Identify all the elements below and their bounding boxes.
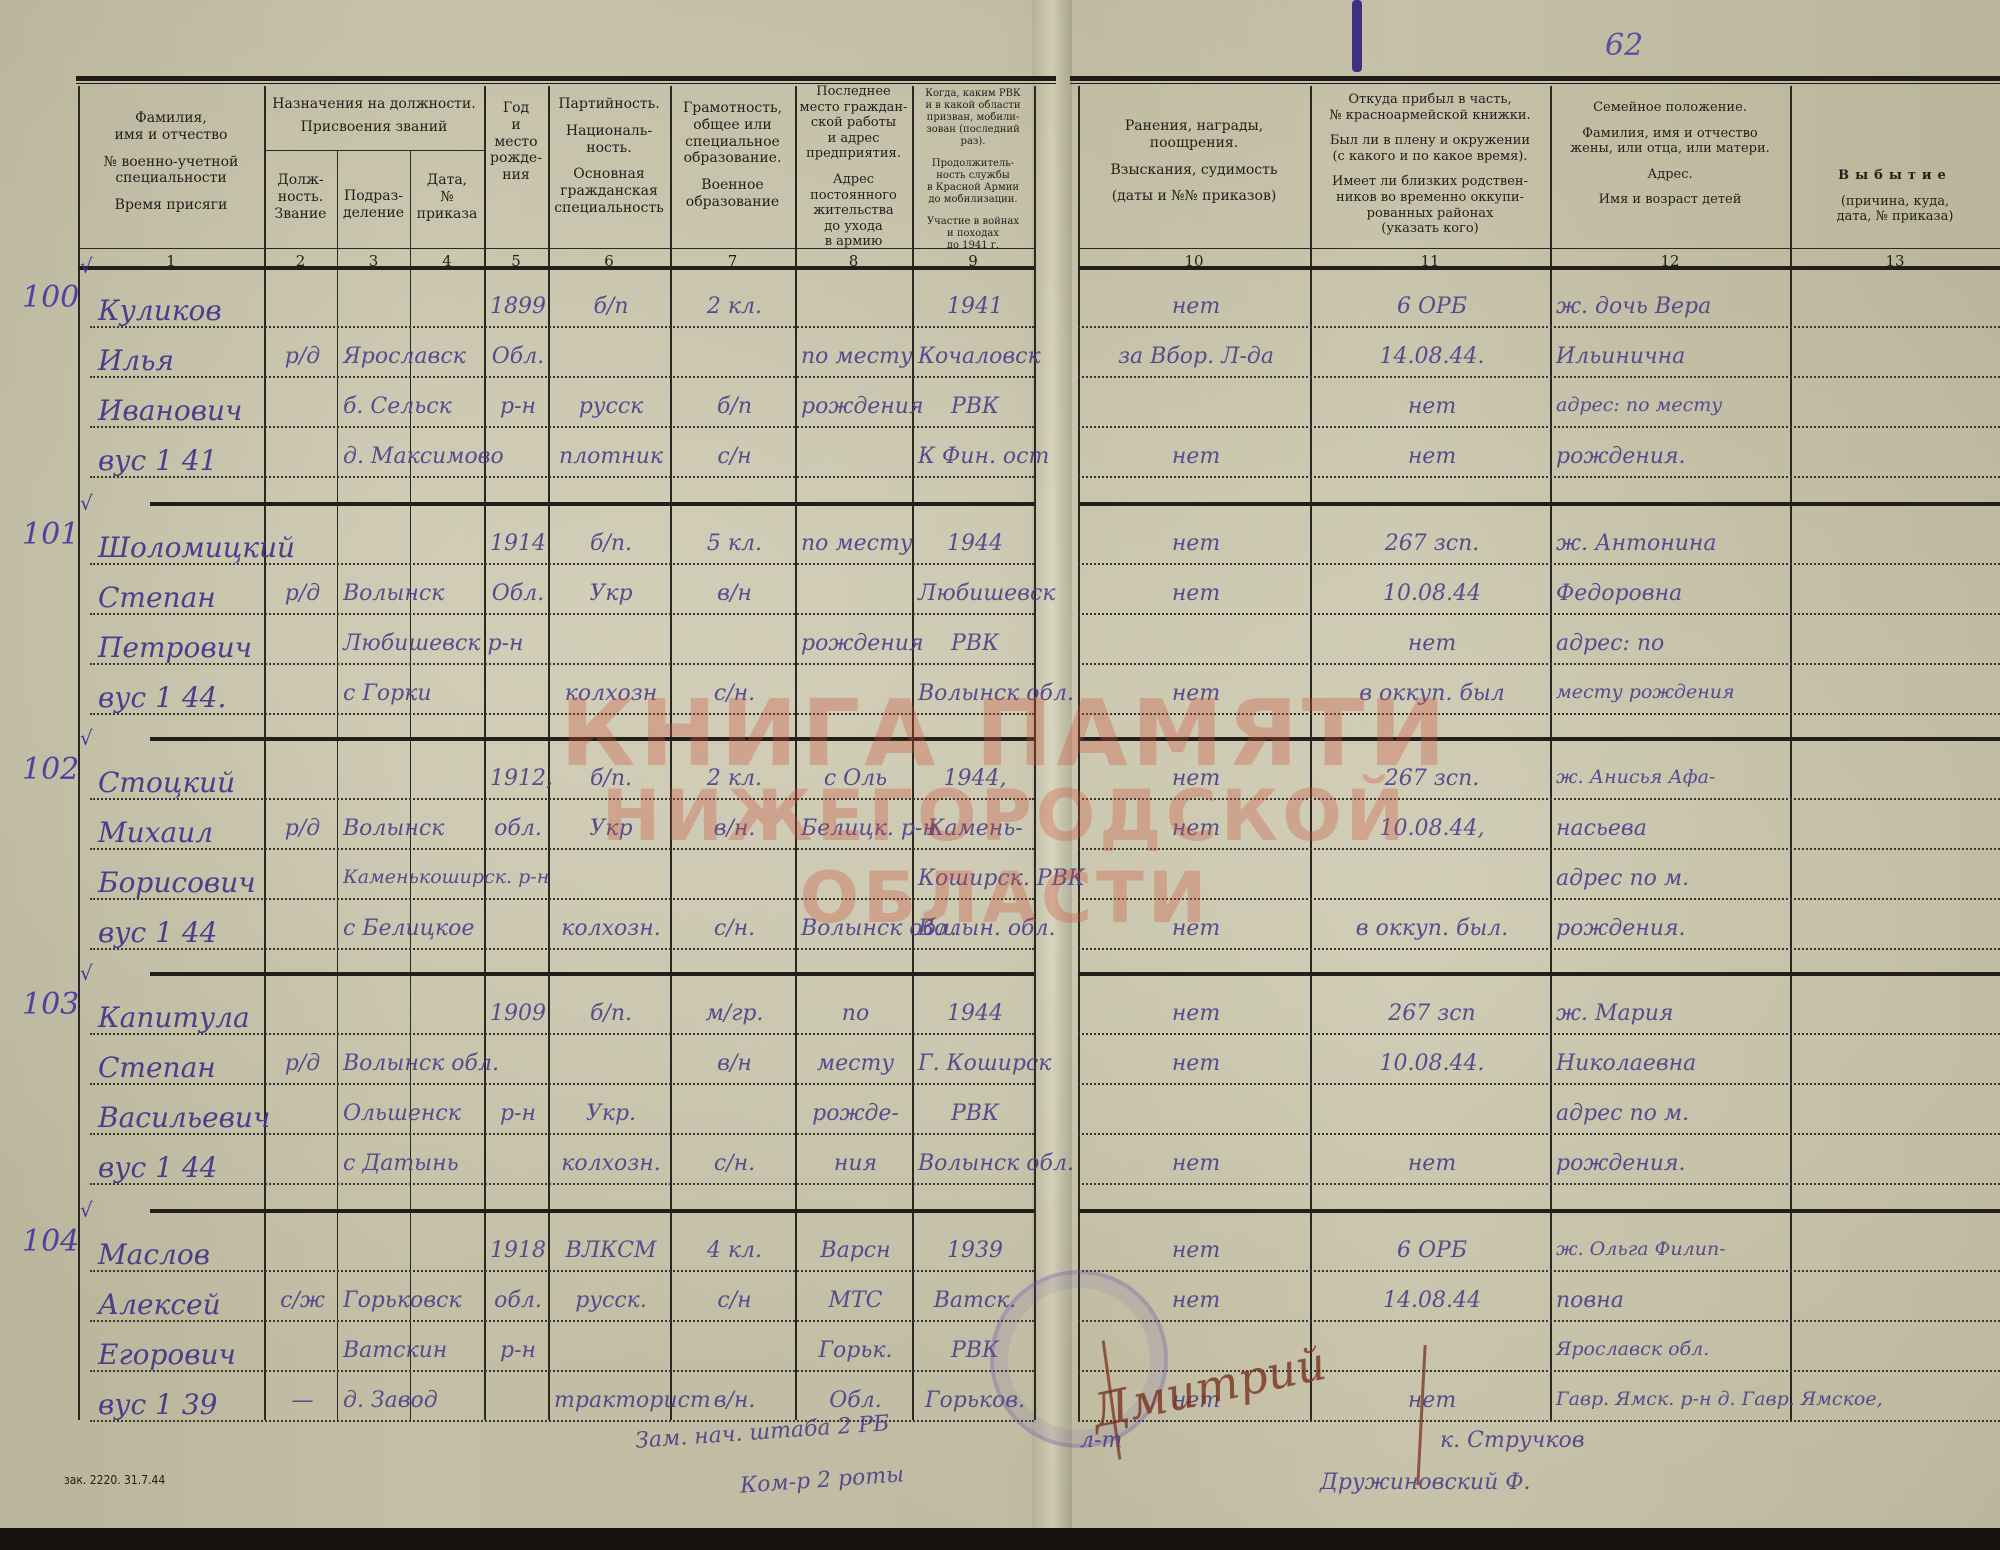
cell-c5: 1912,: [490, 766, 546, 791]
cell-c7: в/н.: [676, 1388, 793, 1413]
cell-c7: с/н.: [676, 916, 793, 941]
header-line: Имя и возраст детей: [1552, 192, 1788, 208]
cell-c11: 267 зсп.: [1316, 531, 1548, 556]
cell-c10: нет: [1084, 816, 1308, 841]
cell-c12: месту рождения: [1556, 681, 1788, 703]
header-line: зован (последний: [914, 124, 1032, 136]
cell-c9: Кочаловск: [918, 344, 1032, 369]
entry-line: [1078, 1133, 2000, 1135]
cell-c1: вус 1 44: [98, 916, 276, 949]
cell-c7: с/н.: [676, 1151, 793, 1176]
column-header-12: Семейное положение.Фамилия, имя и отчест…: [1552, 100, 1788, 208]
cell-c10: за Вбор. Л-да: [1084, 344, 1308, 369]
header-line: Откуда прибыл в часть,: [1312, 92, 1548, 108]
cell-c5: 1899: [490, 294, 546, 319]
record-separator: [1078, 737, 2000, 741]
cell-c1: Борисович: [98, 866, 276, 899]
signature-name-1: к. Стручков: [1440, 1428, 1585, 1453]
header-line: рованных районах: [1312, 206, 1548, 222]
cell-c1: Алексей: [98, 1288, 276, 1321]
header-line: (указать кого): [1312, 221, 1548, 237]
cell-c11: нет: [1316, 631, 1548, 656]
header-line: до ухода: [797, 219, 910, 235]
column-rule: [264, 86, 266, 1420]
record-separator: [1078, 502, 2000, 506]
record-separator: [150, 502, 1034, 506]
cell-c8: по: [801, 1001, 910, 1026]
cell-c6: б/п.: [554, 766, 668, 791]
cell-c5: 1914: [490, 531, 546, 556]
header-line: (причина, куда,: [1792, 194, 1998, 210]
header-line: № красноармейской книжки.: [1312, 108, 1548, 124]
header-line: до 1941 г.: [914, 240, 1032, 252]
header-line: Фамилия,: [80, 110, 262, 127]
cell-c6: б/п.: [554, 1001, 668, 1026]
header-line: место граждан-: [797, 100, 910, 116]
cell-c1: Егорович: [98, 1338, 276, 1371]
cell-c3: с Датынь: [343, 1151, 486, 1176]
header-line: № военно-учетной: [80, 154, 262, 171]
cell-c6: тракторист: [554, 1388, 668, 1413]
header-line: Националь-: [550, 123, 668, 140]
header-line: специальное: [672, 134, 793, 151]
record-separator: [150, 972, 1034, 976]
column-number: 12: [1550, 252, 1790, 270]
cell-c12: рождения.: [1556, 916, 1788, 941]
cell-c3: Волынск: [343, 816, 486, 841]
check-mark: √: [80, 491, 93, 515]
header-line: Ранения, награды,: [1080, 118, 1308, 135]
cell-c8: Волынск обл.: [801, 916, 910, 941]
entry-line: [1078, 426, 2000, 428]
header-line: Партийность.: [550, 96, 668, 113]
cell-c1: Степан: [98, 581, 276, 614]
record-separator: [1078, 1209, 2000, 1213]
header-line: (с какого и по какое время).: [1312, 149, 1548, 165]
cell-c12: рождения.: [1556, 1151, 1788, 1176]
record-number: 102: [22, 752, 79, 787]
cell-c10: нет: [1084, 681, 1308, 706]
cell-c12: рождения.: [1556, 444, 1788, 469]
record-number: 103: [22, 987, 79, 1022]
header-line: специальность: [550, 200, 668, 217]
cell-c8: рождения: [801, 631, 910, 656]
signature-stroke: [1416, 1345, 1426, 1485]
header-line: жительства: [797, 203, 910, 219]
cell-c7: в/н.: [676, 816, 793, 841]
cell-c10: нет: [1084, 916, 1308, 941]
header-line: Военное: [672, 177, 793, 194]
cell-c5: 1909: [490, 1001, 546, 1026]
cell-c5: обл.: [490, 1288, 546, 1313]
cell-c3: Волынск обл.: [343, 1051, 486, 1076]
cell-c9: Коширск. РВК: [918, 866, 1032, 891]
cell-c12: ж. Мария: [1556, 1001, 1788, 1026]
cell-c8: рожде-: [801, 1101, 910, 1126]
cell-c9: Камень-: [918, 816, 1032, 841]
header-line: ность службы: [914, 170, 1032, 182]
column-number: 10: [1078, 252, 1310, 270]
cell-c12: Николаевна: [1556, 1051, 1788, 1076]
cell-c1: Васильевич: [98, 1101, 276, 1134]
cell-c9: Волын. обл.: [918, 916, 1032, 941]
header-line: Фамилия, имя и отчество: [1552, 126, 1788, 142]
cell-c10: нет: [1084, 581, 1308, 606]
header-line: Был ли в плену и окружении: [1312, 133, 1548, 149]
header-line: до мобилизации.: [914, 194, 1032, 206]
entry-line: [1078, 476, 2000, 478]
cell-c2: р/д: [270, 344, 335, 369]
cell-c6: Укр: [554, 581, 668, 606]
cell-c1: вус 1 44: [98, 1151, 276, 1184]
cell-c8: рождения: [801, 394, 910, 419]
header-line: общее или: [672, 117, 793, 134]
column-number: 13: [1790, 252, 2000, 270]
column-rule: [1550, 86, 1552, 1420]
header-line: в Красной Армии: [914, 182, 1032, 194]
cell-c11: 267 зсп.: [1316, 766, 1548, 791]
cell-c12: ж. Антонина: [1556, 531, 1788, 556]
entry-line: [1078, 663, 2000, 665]
column-header-13: Выбытие(причина, куда,дата, № приказа): [1792, 168, 1998, 225]
header-line: раз).: [914, 136, 1032, 148]
header-line: постоянного: [797, 188, 910, 204]
cell-c10: нет: [1084, 294, 1308, 319]
column-number: 1: [78, 252, 264, 270]
header-line: образование.: [672, 150, 793, 167]
record-number: 104: [22, 1224, 79, 1259]
cell-c3: с Белицкое: [343, 916, 486, 941]
cell-c6: плотник: [554, 444, 668, 469]
cell-c12: ж. Ольга Филип-: [1556, 1238, 1788, 1260]
group-header-appointments: Назначения на должности.Присвоения звани…: [266, 96, 482, 136]
cell-c11: нет: [1316, 394, 1548, 419]
cell-c9: 1944,: [918, 766, 1032, 791]
header-line: приказа: [412, 206, 482, 223]
cell-c2: р/д: [270, 581, 335, 606]
column-number: 6: [548, 252, 670, 270]
cell-c9: РВК: [918, 394, 1032, 419]
cell-c12: адрес: по месту: [1556, 394, 1788, 416]
cell-c12: Ильинична: [1556, 344, 1788, 369]
cell-c8: по месту: [801, 344, 910, 369]
cell-c12: повна: [1556, 1288, 1788, 1313]
header-line: Долж-: [266, 172, 335, 189]
cell-c5: р-н: [490, 394, 546, 419]
cell-c11: нет: [1316, 444, 1548, 469]
cell-c12: насьева: [1556, 816, 1788, 841]
cell-c12: адрес: по: [1556, 631, 1788, 656]
record-number: 100: [22, 280, 79, 315]
cell-c12: Федоровна: [1556, 581, 1788, 606]
cell-c1: вус 1 44.: [98, 681, 276, 714]
cell-c12: Ярославск обл.: [1556, 1338, 1788, 1360]
header-line: жены, или отца, или матери.: [1552, 141, 1788, 157]
header-line: предприятия.: [797, 146, 910, 162]
cell-c3: Горьковск: [343, 1288, 486, 1313]
register-spread: 62 Фамилия,имя и отчество№ военно-учетно…: [0, 0, 2000, 1530]
cell-c5: р-н: [490, 1101, 546, 1126]
cell-c1: Маслов: [98, 1238, 276, 1271]
header-line: Последнее: [797, 84, 910, 100]
cell-c6: ВЛКСМ: [554, 1238, 668, 1263]
check-mark: √: [80, 1198, 93, 1222]
entry-line: [1078, 1420, 2000, 1422]
cell-c5: обл.: [490, 816, 546, 841]
cell-c10: нет: [1084, 1001, 1308, 1026]
entry-line: [1078, 1083, 2000, 1085]
cell-c7: с/н: [676, 444, 793, 469]
cell-c11: 10.08.44: [1316, 581, 1548, 606]
record-separator: [150, 737, 1034, 741]
entry-line: [1078, 948, 2000, 950]
header-line: Дата,: [412, 172, 482, 189]
cell-c11: 10.08.44.: [1316, 1051, 1548, 1076]
column-rule: [410, 150, 411, 1420]
cell-c2: с/ж: [270, 1288, 335, 1313]
cell-c7: 2 кл.: [676, 294, 793, 319]
column-number: 3: [337, 252, 410, 270]
column-number: 2: [264, 252, 337, 270]
cell-c8: ния: [801, 1151, 910, 1176]
cell-c8: Обл.: [801, 1388, 910, 1413]
cell-c11: 14.08.44.: [1316, 344, 1548, 369]
record-number: 101: [22, 517, 79, 552]
entry-line: [1078, 1033, 2000, 1035]
header-line: Когда, каким РВК: [914, 88, 1032, 100]
cell-c9: 1944: [918, 531, 1032, 556]
record-separator: [150, 1209, 1034, 1213]
cell-c3: Любишевск р-н: [343, 631, 486, 656]
header-line: Подраз-: [339, 188, 408, 205]
cell-c6: Укр: [554, 816, 668, 841]
cell-c9: Любишевск: [918, 581, 1032, 606]
cell-c6: русск: [554, 394, 668, 419]
column-header-11: Откуда прибыл в часть,№ красноармейской …: [1312, 92, 1548, 237]
cell-c12: ж. дочь Вера: [1556, 294, 1788, 319]
header-line: деление: [339, 205, 408, 222]
header-line: Звание: [266, 206, 335, 223]
cell-c1: Капитула: [98, 1001, 276, 1034]
cell-c3: Ярославск: [343, 344, 486, 369]
header-line: рожде-: [486, 150, 546, 167]
header-line: специальности: [80, 170, 262, 187]
cell-c1: Иванович: [98, 394, 276, 427]
header-line: (даты и №№ приказов): [1080, 188, 1308, 205]
check-mark: √: [80, 254, 93, 278]
column-number: 4: [410, 252, 484, 270]
column-header-5: Годиместорожде-ния: [486, 100, 546, 184]
cell-c11: 6 ОРБ: [1316, 294, 1548, 319]
header-line: Имеет ли близких родствен-: [1312, 174, 1548, 190]
column-header-6: Партийность.Националь-ность.Основнаяграж…: [550, 96, 668, 217]
entry-line: [1078, 848, 2000, 850]
column-rule: [795, 86, 797, 1420]
header-line: Грамотность,: [672, 100, 793, 117]
column-header-8: Последнееместо граждан-ской работыи адре…: [797, 84, 910, 250]
cell-c1: Стоцкий: [98, 766, 276, 799]
cell-c6: б/п.: [554, 531, 668, 556]
header-line: №: [412, 189, 482, 206]
entry-line: [1078, 1183, 2000, 1185]
cell-c7: в/н: [676, 581, 793, 606]
cell-c12: Гавр. Ямск. р-н д. Гавр. Ямское,: [1556, 1388, 1788, 1410]
cell-c11: в оккуп. был: [1316, 681, 1548, 706]
cell-c3: Волынск: [343, 581, 486, 606]
cell-c6: колхозн: [554, 681, 668, 706]
cell-c10: нет: [1084, 531, 1308, 556]
header-line: Основная: [550, 166, 668, 183]
header-line: ской работы: [797, 115, 910, 131]
cell-c3: Ольшенск: [343, 1101, 486, 1126]
cell-c5: Обл.: [490, 344, 546, 369]
cell-c8: по месту: [801, 531, 910, 556]
cell-c9: 1941: [918, 294, 1032, 319]
column-rule: [1034, 86, 1036, 1420]
cell-c11: нет: [1316, 1388, 1548, 1413]
column-header-1: Фамилия,имя и отчество№ военно-учетнойсп…: [80, 110, 262, 214]
page-number-mark: 62: [1605, 28, 1643, 63]
cell-c7: с/н: [676, 1288, 793, 1313]
cell-c5: Обл.: [490, 581, 546, 606]
cell-c3: Ватскин: [343, 1338, 486, 1363]
cell-c9: РВК: [918, 1101, 1032, 1126]
entry-line: [1078, 1270, 2000, 1272]
header-line: и в какой области: [914, 100, 1032, 112]
column-header-3: Подраз-деление: [339, 188, 408, 222]
entry-line: [1078, 798, 2000, 800]
entry-line: [1078, 1320, 2000, 1322]
cell-c12: адрес по м.: [1556, 1101, 1788, 1126]
cell-c7: 2 кл.: [676, 766, 793, 791]
cell-c12: ж. Анисья Афа-: [1556, 766, 1788, 788]
cell-c3: с Горки: [343, 681, 486, 706]
cell-c7: м/гр.: [676, 1001, 793, 1026]
cell-c8: Варсн: [801, 1238, 910, 1263]
cell-c12: адрес по м.: [1556, 866, 1788, 891]
column-number: 8: [795, 252, 912, 270]
header-line: и походах: [914, 228, 1032, 240]
cell-c9: Волынск обл.: [918, 681, 1032, 706]
column-rule: [912, 86, 914, 1420]
cell-c9: Волынск обл.: [918, 1151, 1032, 1176]
print-code: зак. 2220. 31.7.44: [64, 1473, 165, 1487]
cell-c9: 1944: [918, 1001, 1032, 1026]
cell-c11: 14.08.44: [1316, 1288, 1548, 1313]
cell-c11: 6 ОРБ: [1316, 1238, 1548, 1263]
cell-c10: нет: [1084, 444, 1308, 469]
column-rule: [548, 86, 550, 1420]
cell-c9: 1939: [918, 1238, 1032, 1263]
signature-name-2: Дружиновский Ф.: [1320, 1470, 1531, 1495]
cell-c5: р-н: [490, 1338, 546, 1363]
cell-c10: нет: [1084, 766, 1308, 791]
column-header-10: Ранения, награды,поощрения.Взыскания, су…: [1080, 118, 1308, 205]
cell-c1: вус 1 39: [98, 1388, 276, 1421]
cell-c3: д. Завод: [343, 1388, 486, 1413]
cell-c7: б/п: [676, 394, 793, 419]
cell-c6: Укр.: [554, 1101, 668, 1126]
entry-line: [1078, 613, 2000, 615]
column-number: 7: [670, 252, 795, 270]
entry-line: [1078, 713, 2000, 715]
header-line: ния: [486, 167, 546, 184]
cell-c10: нет: [1084, 1051, 1308, 1076]
header-line: Участие в войнах: [914, 216, 1032, 228]
cell-c1: Илья: [98, 344, 276, 377]
header-line: образование: [672, 194, 793, 211]
header-line: гражданская: [550, 183, 668, 200]
cell-c6: колхозн.: [554, 916, 668, 941]
cell-c3: Каменькоширск. р-н: [343, 866, 486, 888]
cell-c9: Г. Коширск: [918, 1051, 1032, 1076]
column-header-9: Когда, каким РВКи в какой областипризван…: [914, 88, 1032, 252]
cell-c6: русск.: [554, 1288, 668, 1313]
column-rule: [484, 86, 486, 1420]
cell-c11: нет: [1316, 1151, 1548, 1176]
cell-c1: Куликов: [98, 294, 276, 327]
cell-c2: р/д: [270, 1051, 335, 1076]
column-rule: [1078, 86, 1080, 1420]
header-line: Продолжитель-: [914, 158, 1032, 170]
entry-line: [1078, 376, 2000, 378]
cell-c7: в/н: [676, 1051, 793, 1076]
group-header-line: Назначения на должности.: [266, 96, 482, 113]
header-line: поощрения.: [1080, 135, 1308, 152]
page-edge: [0, 1528, 2000, 1550]
cell-c3: б. Сельск: [343, 394, 486, 419]
header-line: Взыскания, судимость: [1080, 162, 1308, 179]
cell-c6: колхозн.: [554, 1151, 668, 1176]
header-line: ников во временно оккупи-: [1312, 190, 1548, 206]
cell-c11: 10.08.44,: [1316, 816, 1548, 841]
check-mark: √: [80, 726, 93, 750]
group-rule: [264, 150, 484, 151]
header-line: Адрес: [797, 172, 910, 188]
cell-c1: Степан: [98, 1051, 276, 1084]
column-header-4: Дата,№приказа: [412, 172, 482, 222]
cell-c8: МТС: [801, 1288, 910, 1313]
column-rule: [1790, 86, 1792, 1420]
header-line: дата, № приказа): [1792, 209, 1998, 225]
column-header-7: Грамотность,общее илиспециальноеобразова…: [672, 100, 793, 211]
cell-c11: в оккуп. был.: [1316, 916, 1548, 941]
cell-c3: д. Максимово: [343, 444, 486, 469]
check-mark: √: [80, 961, 93, 985]
header-line: и: [486, 117, 546, 134]
cell-c2: р/д: [270, 816, 335, 841]
header-line: ность.: [266, 189, 335, 206]
column-rule: [1310, 86, 1312, 1420]
cell-c7: с/н.: [676, 681, 793, 706]
cell-c8: месту: [801, 1051, 910, 1076]
number-row-rule: [1078, 248, 2000, 249]
signature-mark: л-т: [1080, 1428, 1122, 1453]
header-line: ность.: [550, 140, 668, 157]
cell-c10: нет: [1084, 1151, 1308, 1176]
cell-c2: —: [270, 1388, 335, 1413]
group-header-line: Присвоения званий: [266, 119, 482, 136]
header-line: и адрес: [797, 131, 910, 147]
cell-c8: с Оль: [801, 766, 910, 791]
column-number: 9: [912, 252, 1034, 270]
header-line: призван, мобили-: [914, 112, 1032, 124]
cell-c1: Петрович: [98, 631, 276, 664]
header-line: Время присяги: [80, 197, 262, 214]
ink-mark: [1352, 0, 1362, 72]
header-line: Адрес.: [1552, 167, 1788, 183]
cell-c10: нет: [1084, 1238, 1308, 1263]
